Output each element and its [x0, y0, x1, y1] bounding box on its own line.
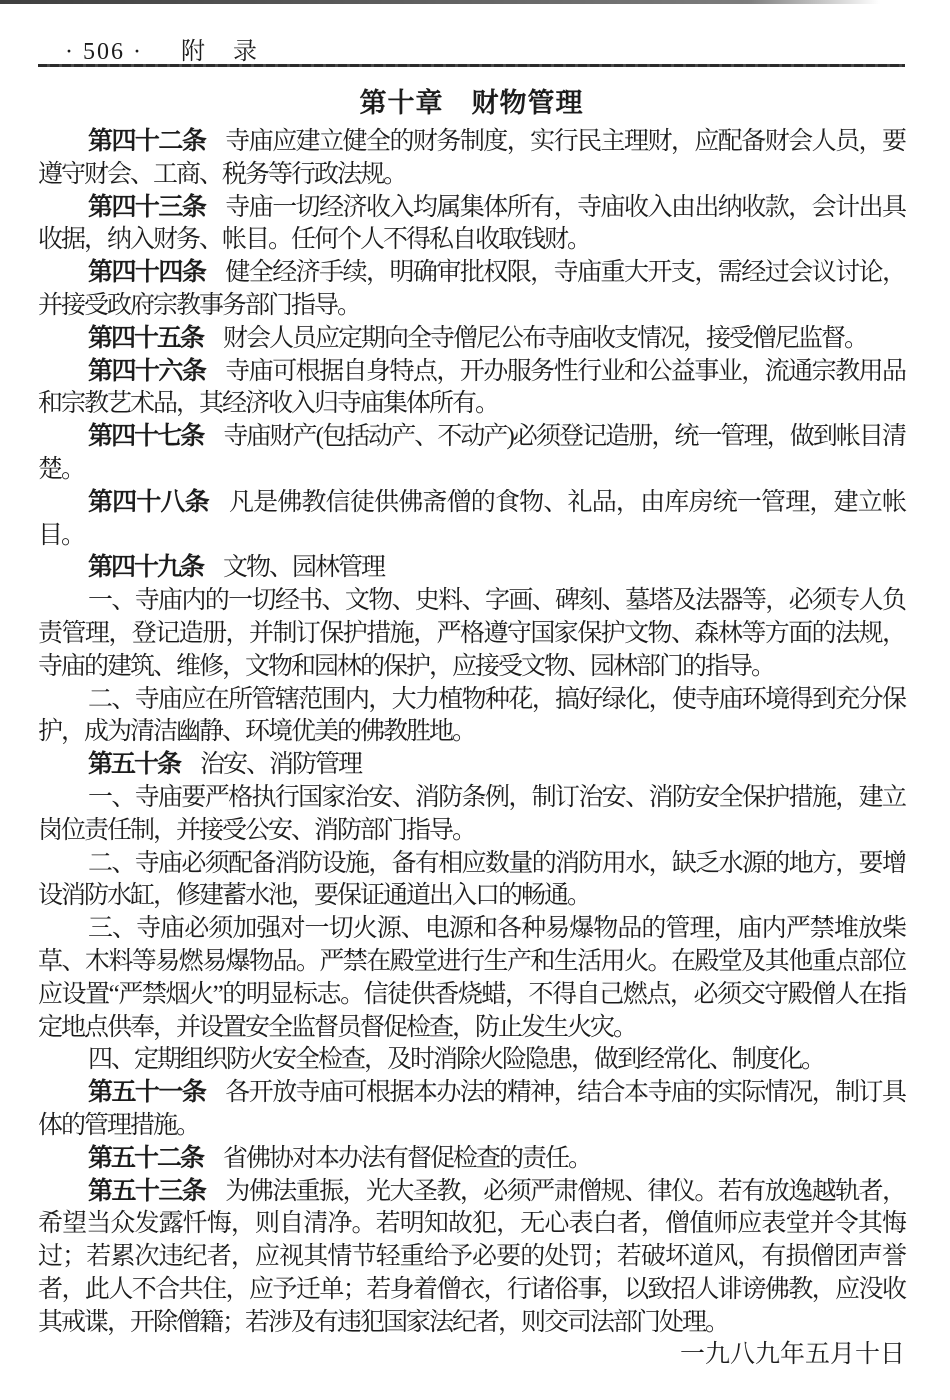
article-49-text: 文物、园林管理 — [223, 554, 384, 581]
clause-item-text: 二、寺庙必须配备消防设施，备有相应数量的消防用水，缺乏水源的地方，要增设消防水缸… — [38, 850, 905, 910]
article-46-label: 第四十六条 — [88, 358, 205, 385]
clause-item-text: 一、寺庙要严格执行国家治安、消防条例，制订治安、消防安全保护措施，建立岗位责任制… — [38, 784, 905, 844]
running-header: · 506 · 附 录 — [38, 31, 905, 59]
article-48-label: 第四十八条 — [88, 489, 209, 516]
article-45-label: 第四十五条 — [88, 325, 203, 352]
chapter-title: 第十章 财物管理 — [38, 88, 905, 118]
clause-item-2-fire: 二、寺庙必须配备消防设施，备有相应数量的消防用水，缺乏水源的地方，要增设消防水缸… — [38, 848, 905, 914]
article-48-paragraph: 第四十八条凡是佛教信徒供佛斋僧的食物、礼品，由库房统一管理，建立帐目。 — [38, 487, 905, 553]
article-47-label: 第四十七条 — [88, 423, 203, 450]
article-43-label: 第四十三条 — [88, 194, 205, 221]
article-51-label: 第五十一条 — [88, 1079, 205, 1106]
article-42-paragraph: 第四十二条寺庙应建立健全的财务制度，实行民主理财，应配备财会人员，要遵守财会、工… — [38, 126, 905, 192]
clause-item-2-relics: 二、寺庙应在所管辖范围内，大力植物种花，搞好绿化，使寺庙环境得到充分保护，成为清… — [38, 684, 905, 750]
article-52-text: 省佛协对本办法有督促检查的责任。 — [223, 1145, 591, 1172]
article-49-paragraph: 第四十九条文物、园林管理 — [38, 552, 905, 585]
clause-item-3-fire: 三、寺庙必须加强对一切火源、电源和各种易爆物品的管理，庙内严禁堆放柴草、木料等易… — [38, 913, 905, 1044]
body-text: 第四十二条寺庙应建立健全的财务制度，实行民主理财，应配备财会人员，要遵守财会、工… — [38, 126, 905, 1372]
article-52-paragraph: 第五十二条省佛协对本办法有督促检查的责任。 — [38, 1143, 905, 1176]
article-53-paragraph: 第五十三条为佛法重振，光大圣教，必须严肃僧规、律仪。若有放逸越轨者，希望当众发露… — [38, 1176, 905, 1340]
article-47-paragraph: 第四十七条寺庙财产(包括动产、不动产)必须登记造册，统一管理，做到帐目清楚。 — [38, 421, 905, 487]
clause-item-1-relics: 一、寺庙内的一切经书、文物、史料、字画、碑刻、墓塔及法器等，必须专人负责管理，登… — [38, 585, 905, 683]
article-44-paragraph: 第四十四条健全经济手续，明确审批权限，寺庙重大开支，需经过会议讨论，并接受政府宗… — [38, 257, 905, 323]
article-50-label: 第五十条 — [88, 751, 180, 778]
document-page: · 506 · 附 录 第十章 财物管理 第四十二条寺庙应建立健全的财务制度，实… — [38, 0, 905, 1372]
section-title: 附 录 — [181, 39, 259, 65]
article-53-label: 第五十三条 — [88, 1178, 205, 1205]
article-46-paragraph: 第四十六条寺庙可根据自身特点，开办服务性行业和公益事业，流通宗教用品和宗教艺术品… — [38, 356, 905, 422]
article-50-paragraph: 第五十条治安、消防管理 — [38, 749, 905, 782]
article-44-label: 第四十四条 — [88, 259, 205, 286]
article-50-text: 治安、消防管理 — [200, 751, 361, 778]
article-51-paragraph: 第五十一条各开放寺庙可根据本办法的精神，结合本寺庙的实际情况，制订具体的管理措施… — [38, 1077, 905, 1143]
article-43-paragraph: 第四十三条寺庙一切经济收入均属集体所有，寺庙收入由出纳收款，会计出具收据，纳入财… — [38, 192, 905, 258]
clause-item-text: 一、寺庙内的一切经书、文物、史料、字画、碑刻、墓塔及法器等，必须专人负责管理，登… — [38, 587, 905, 680]
date-line: 一九八九年五月十日 — [38, 1339, 905, 1372]
clause-item-text: 四、定期组织防火安全检查，及时消除火险隐患，做到经常化、制度化。 — [88, 1046, 824, 1073]
clause-item-4-fire: 四、定期组织防火安全检查，及时消除火险隐患，做到经常化、制度化。 — [38, 1044, 905, 1077]
page-number: · 506 · — [65, 39, 143, 65]
article-49-label: 第四十九条 — [88, 554, 203, 581]
clause-item-text: 三、寺庙必须加强对一切火源、电源和各种易爆物品的管理，庙内严禁堆放柴草、木料等易… — [38, 915, 905, 1040]
article-42-label: 第四十二条 — [88, 128, 205, 155]
clause-item-1-fire: 一、寺庙要严格执行国家治安、消防条例，制订治安、消防安全保护措施，建立岗位责任制… — [38, 782, 905, 848]
article-45-text: 财会人员应定期向全寺僧尼公布寺庙收支情况，接受僧尼监督。 — [223, 325, 867, 352]
article-52-label: 第五十二条 — [88, 1145, 203, 1172]
clause-item-text: 二、寺庙应在所管辖范围内，大力植物种花，搞好绿化，使寺庙环境得到充分保护，成为清… — [38, 686, 905, 746]
header-rule-divider — [38, 64, 905, 67]
article-45-paragraph: 第四十五条财会人员应定期向全寺僧尼公布寺庙收支情况，接受僧尼监督。 — [38, 323, 905, 356]
